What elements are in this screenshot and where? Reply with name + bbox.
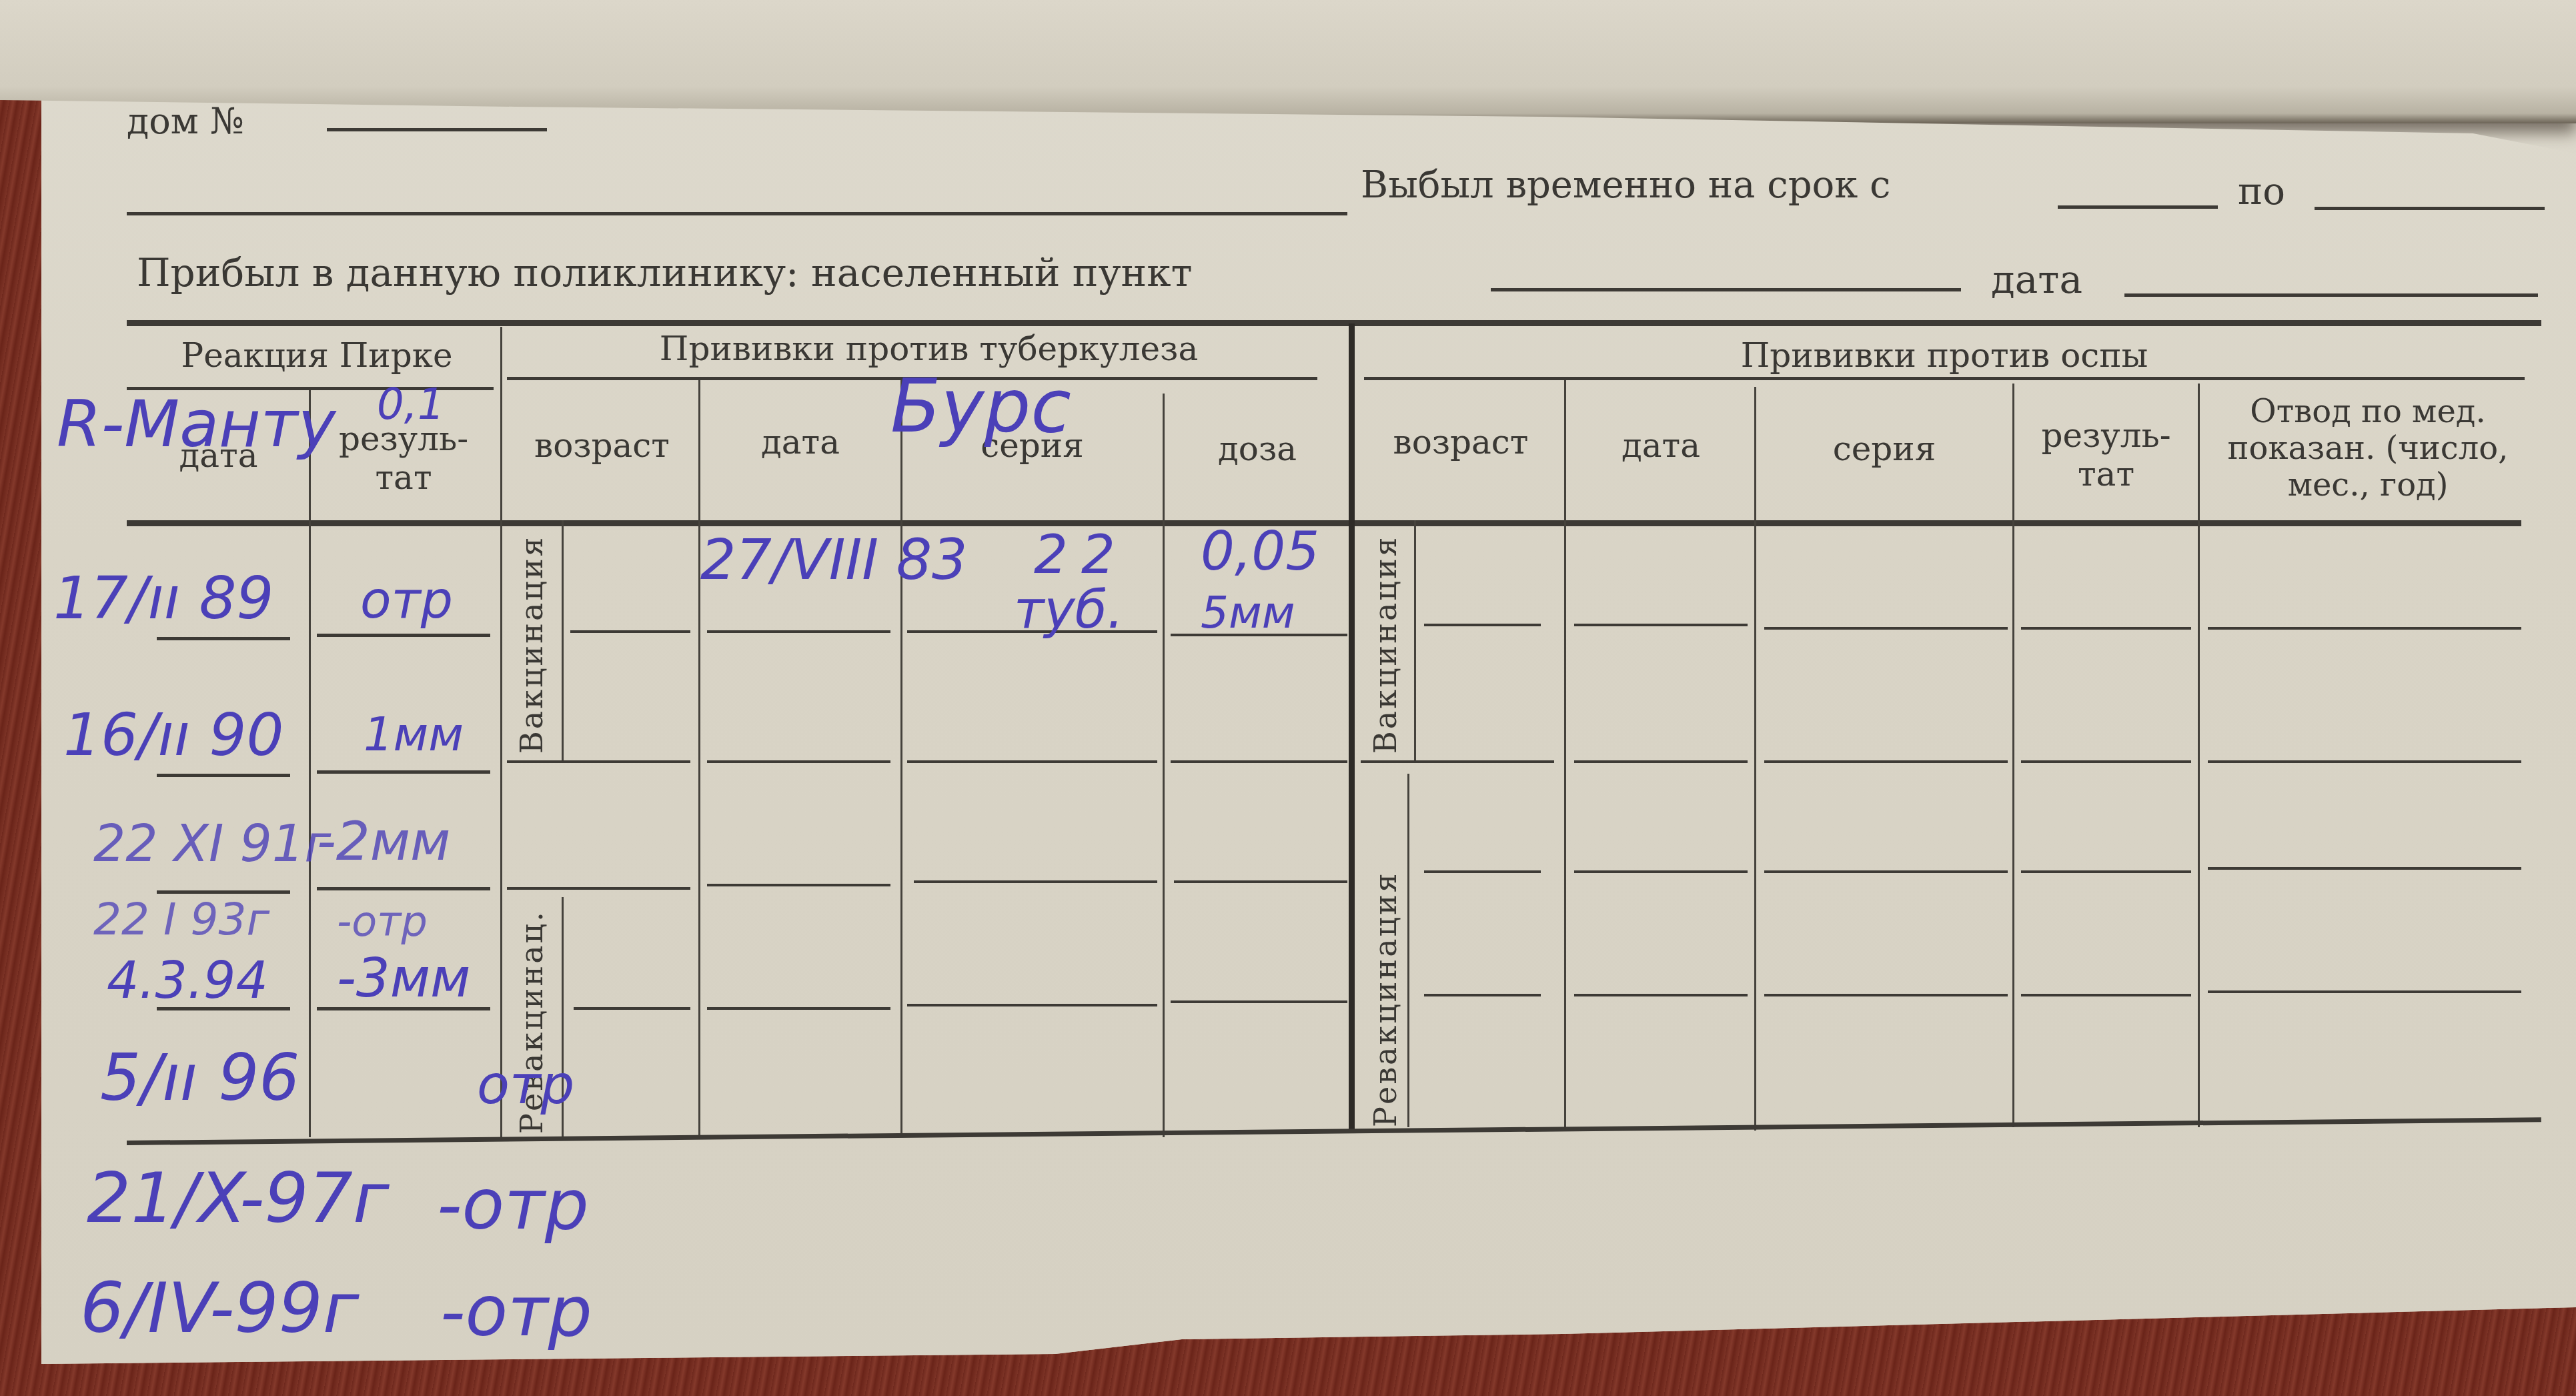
mantoux-date-1: 17/ıı 89	[53, 564, 273, 632]
tb-vaccination-dose-note: 5мм	[1201, 587, 1295, 638]
label-divider	[562, 520, 564, 760]
row-label-sp-revaccination: Ревакцинация	[1367, 871, 1403, 1127]
house-number-label: дом №	[127, 100, 244, 142]
arrived-date-label: дата	[1991, 257, 2082, 302]
group-header-smallpox: Прививки против оспы	[1357, 337, 2531, 376]
mantoux-result-6: отр	[477, 1054, 574, 1116]
tb-vaccination-date: 27/VIII 83	[700, 527, 968, 592]
left-temporarily-label: Выбыл временно на срок с	[1361, 163, 1890, 207]
col-divider	[2012, 384, 2014, 1127]
mantoux-date-2: 16/ıı 90	[63, 700, 283, 769]
mantoux-result-1: отр	[360, 570, 453, 630]
handwritten-mantoux-dose: 0,1	[377, 380, 445, 430]
row-label-sp-vaccination: Вакцинация	[1367, 535, 1403, 754]
smallpox-header-divider	[1364, 377, 2525, 380]
col-divider	[1564, 380, 1566, 1131]
section-divider	[1349, 323, 1355, 1131]
handwritten-mantoux-title: R-Манту	[57, 387, 336, 462]
mantoux-date-6: 5/ıı 96	[100, 1040, 299, 1115]
mantoux-date-3: 22 XI 91г	[93, 814, 331, 873]
col-divider	[900, 380, 902, 1137]
mantoux-result-2: 1мм	[364, 707, 464, 762]
col-tb-date: дата	[700, 424, 900, 462]
left-address-field[interactable]	[127, 212, 1347, 215]
folded-page-flap	[0, 0, 2576, 123]
arrived-label: Прибыл в данную поликлинику: населенный …	[137, 250, 1193, 295]
label-divider	[1407, 774, 1409, 1127]
table-top-border	[127, 320, 2541, 326]
col-divider	[1163, 394, 1165, 1137]
tb-vaccination-dose: 0,05	[1201, 520, 1319, 582]
col-sp-result: резуль- тат	[2014, 417, 2198, 494]
col-sp-date: дата	[1567, 427, 1754, 466]
house-number-field[interactable]	[327, 128, 547, 131]
mantoux-date-5: 4.3.94	[107, 950, 268, 1010]
col-sp-series: серия	[1758, 430, 2011, 469]
col-tb-dose: доза	[1164, 430, 1351, 469]
col-divider	[698, 380, 700, 1137]
col-divider	[500, 327, 502, 1137]
left-to-field[interactable]	[2315, 207, 2545, 210]
tb-vaccination-series-note: туб.	[1014, 580, 1124, 640]
group-header-pirquet: Реакция Пирке	[130, 337, 504, 376]
tb-vaccination-series: 22	[1034, 524, 1129, 586]
col-sp-exemption: Отвод по мед. показан. (число, мес., год…	[2201, 394, 2535, 504]
arrived-place-field[interactable]	[1491, 288, 1961, 291]
handwritten-bcg-note: Бурс	[890, 364, 1071, 449]
header-bottom-border	[127, 520, 2521, 526]
col-divider	[2198, 384, 2200, 1127]
col-sp-age: возраст	[1357, 424, 1564, 462]
col-pirquet-result: резуль- тат	[310, 420, 497, 497]
left-to-label: по	[2238, 170, 2285, 213]
mantoux-result-7: -отр	[437, 1164, 589, 1245]
col-tb-age: возраст	[507, 427, 697, 466]
group-header-tb: Прививки против туберкулеза	[507, 330, 1351, 369]
mantoux-date-8: 6/IV-99г	[80, 1267, 360, 1349]
arrived-date-field[interactable]	[2124, 293, 2538, 297]
mantoux-result-4: -отр	[337, 897, 428, 946]
left-from-field[interactable]	[2058, 205, 2218, 209]
col-divider	[309, 390, 311, 1137]
mantoux-result-5: -3мм	[337, 947, 470, 1009]
label-divider	[1414, 520, 1416, 760]
row-label-tb-vaccination: Вакцинация	[514, 535, 550, 754]
mantoux-date-4: 22 I 93г	[93, 894, 269, 945]
mantoux-result-3: -2мм	[317, 810, 450, 872]
mantoux-date-7: 21/X-97г	[87, 1157, 390, 1239]
col-divider	[1754, 387, 1756, 1131]
mantoux-result-8: -отр	[440, 1271, 592, 1352]
